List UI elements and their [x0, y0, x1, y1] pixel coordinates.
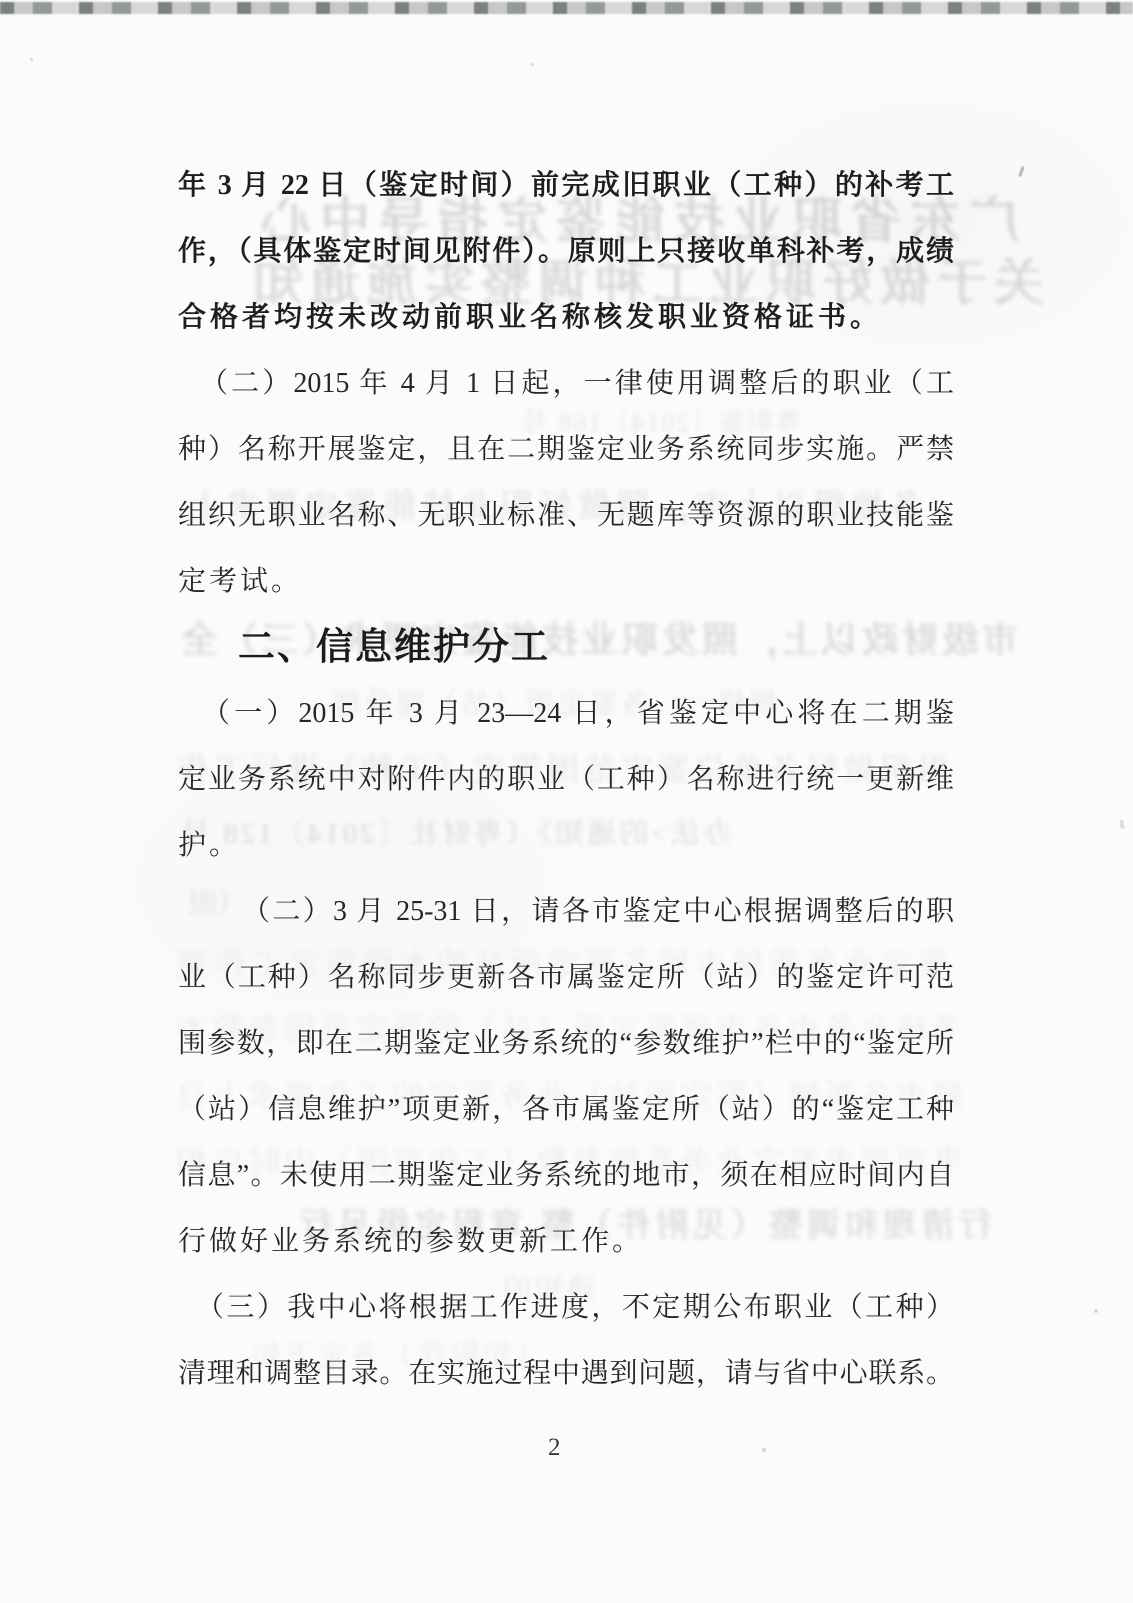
- text-line: 清理和调整目录。在实施过程中遇到问题，请与省中心联系。: [178, 1341, 954, 1407]
- document-body: 年 3 月 22 日（鉴定时间）前完成旧职业（工种）的补考工作，（具体鉴定时间见…: [178, 153, 954, 1407]
- scan-speck: [531, 63, 534, 66]
- text-line: （站）信息维护”项更新，各市属鉴定所（站）的“鉴定工种: [178, 1077, 954, 1143]
- scan-speck: [30, 58, 33, 61]
- text-line: 围参数，即在二期鉴定业务系统的“参数维护”栏中的“鉴定所: [178, 1011, 954, 1077]
- scanned-document-page: 广东省职业技能鉴定指导中心关于做好职业工种调整实施通知粤职鉴〔2014〕168 …: [0, 0, 1133, 1603]
- scan-speck: [1018, 166, 1025, 177]
- text-line: 定业务系统中对附件内的职业（工种）名称进行统一更新维: [178, 747, 954, 813]
- text-line: 定考试。: [178, 549, 954, 615]
- scan-speck: [762, 1448, 766, 1452]
- scan-speck: [1094, 1309, 1098, 1313]
- text-line: 护。: [178, 813, 954, 879]
- scanner-edge-artifact: [0, 2, 1133, 14]
- text-line: （一）2015 年 3 月 23—24 日，省鉴定中心将在二期鉴: [178, 681, 954, 747]
- text-line: 种）名称开展鉴定，且在二期鉴定业务系统同步实施。严禁: [178, 417, 954, 483]
- text-line: 业（工种）名称同步更新各市属鉴定所（站）的鉴定许可范: [178, 945, 954, 1011]
- text-line: （二）2015 年 4 月 1 日起，一律使用调整后的职业（工: [178, 351, 954, 417]
- text-line: 行做好业务系统的参数更新工作。: [178, 1209, 954, 1275]
- scan-speck: [1119, 820, 1125, 830]
- text-line: 作，（具体鉴定时间见附件）。原则上只接收单科补考，成绩: [178, 219, 954, 285]
- text-line: 组织无职业名称、无职业标准、无题库等资源的职业技能鉴: [178, 483, 954, 549]
- text-line: 年 3 月 22 日（鉴定时间）前完成旧职业（工种）的补考工: [178, 153, 954, 219]
- text-line: （二）3 月 25-31 日，请各市鉴定中心根据调整后的职: [178, 879, 954, 945]
- text-line: 合格者均按未改动前职业名称核发职业资格证书。: [178, 285, 954, 351]
- page-number: 2: [548, 1434, 561, 1462]
- section-heading: 二、信息维护分工: [178, 615, 954, 681]
- text-line: （三）我中心将根据工作进度，不定期公布职业（工种）: [178, 1275, 954, 1341]
- text-line: 信息”。未使用二期鉴定业务系统的地市，须在相应时间内自: [178, 1143, 954, 1209]
